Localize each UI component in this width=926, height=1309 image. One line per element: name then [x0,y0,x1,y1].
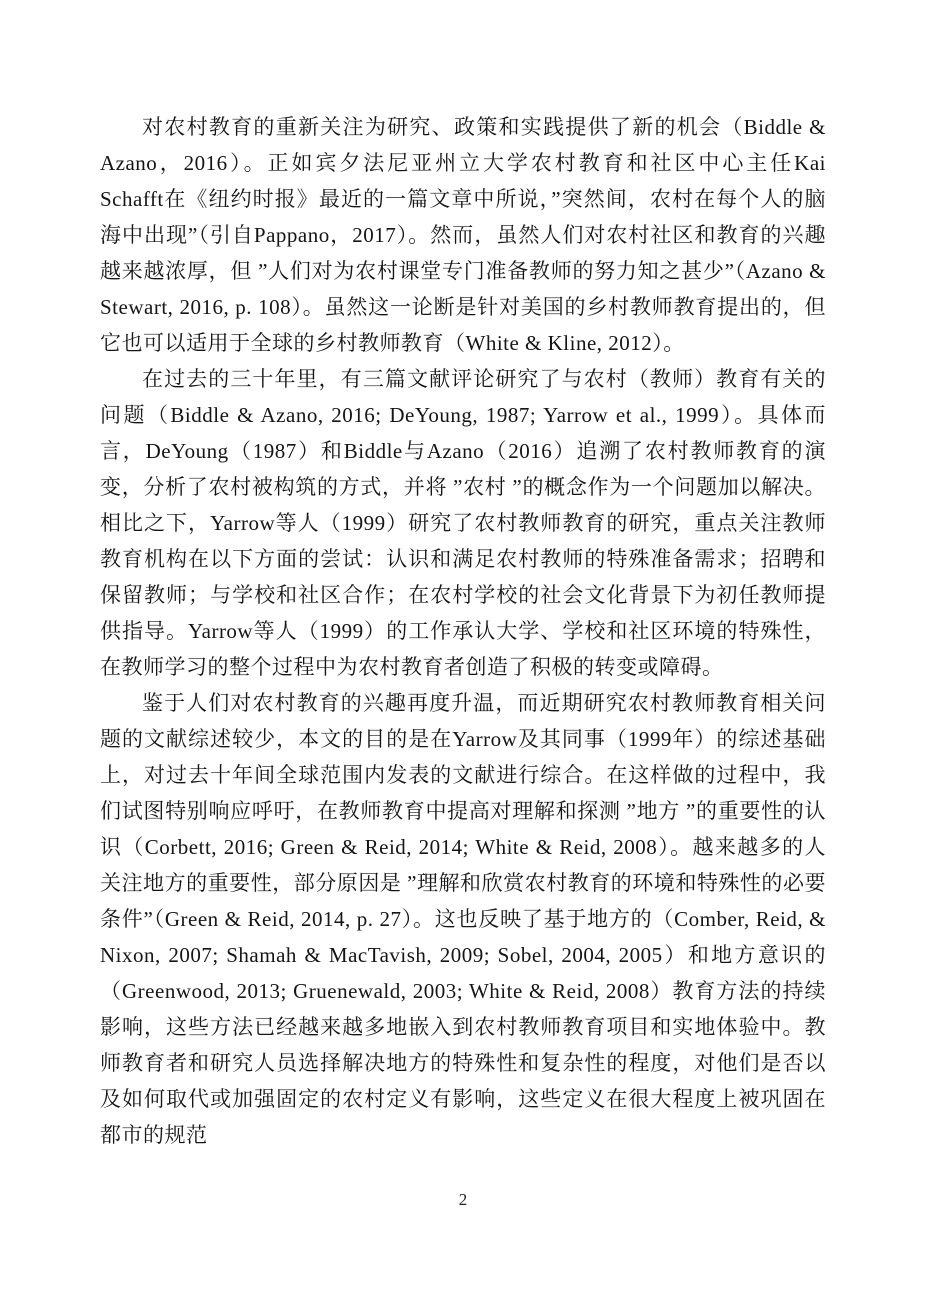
page-footer: 2 [0,1188,926,1212]
paragraph-1: 对农村教育的重新关注为研究、政策和实践提供了新的机会（Biddle & Azan… [100,109,826,361]
page-number: 2 [459,1190,468,1209]
document-page: 对农村教育的重新关注为研究、政策和实践提供了新的机会（Biddle & Azan… [0,0,926,1309]
paragraph-3: 鉴于人们对农村教育的兴趣再度升温，而近期研究农村教师教育相关问题的文献综述较少，… [100,685,826,1153]
paragraph-2: 在过去的三十年里，有三篇文献评论研究了与农村（教师）教育有关的问题（Biddle… [100,361,826,685]
document-body-text: 对农村教育的重新关注为研究、政策和实践提供了新的机会（Biddle & Azan… [100,109,826,1153]
